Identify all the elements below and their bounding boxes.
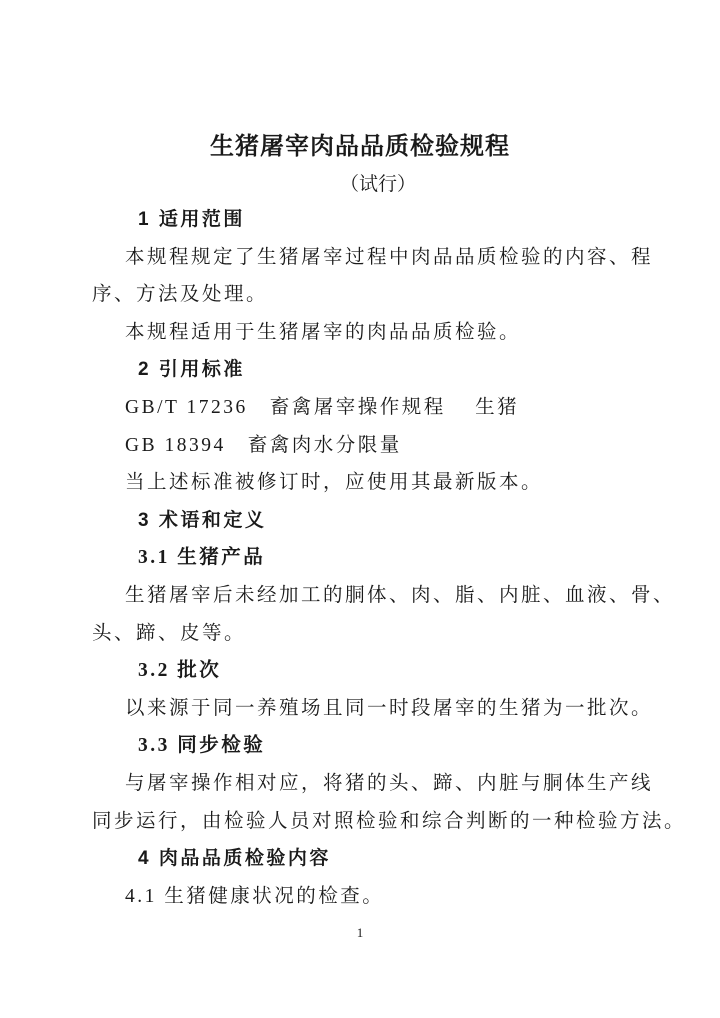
reference-standard-line: GB 18394 畜禽肉水分限量 bbox=[92, 427, 670, 465]
subsection-heading: 3.3 同步检验 bbox=[92, 727, 670, 765]
paragraph-line: 本规程规定了生猪屠宰过程中肉品品质检验的内容、程 bbox=[92, 239, 670, 277]
section-heading: 4 肉品品质检验内容 bbox=[92, 840, 670, 878]
document-title: 生猪屠宰肉品品质检验规程 bbox=[92, 125, 628, 169]
paragraph-line: 生猪屠宰后未经加工的胴体、肉、脂、内脏、血液、骨、 bbox=[92, 577, 670, 615]
paragraph-line: 头、蹄、皮等。 bbox=[92, 615, 670, 653]
paragraph-line: 本规程适用于生猪屠宰的肉品品质检验。 bbox=[92, 314, 670, 352]
subsection-heading: 3.2 批次 bbox=[92, 652, 670, 690]
paragraph-line: 与屠宰操作相对应，将猪的头、蹄、内脏与胴体生产线 bbox=[92, 765, 670, 803]
paragraph-line: 序、方法及处理。 bbox=[92, 276, 670, 314]
paragraph-line: 同步运行，由检验人员对照检验和综合判断的一种检验方法。 bbox=[92, 803, 670, 841]
page-number: 1 bbox=[92, 925, 628, 941]
section-heading: 2 引用标准 bbox=[92, 351, 670, 389]
document-page: 生猪屠宰肉品品质检验规程 （试行） 1 适用范围 本规程规定了生猪屠宰过程中肉品… bbox=[0, 0, 720, 1018]
section-heading: 1 适用范围 bbox=[92, 201, 670, 239]
paragraph-line: 以来源于同一养殖场且同一时段屠宰的生猪为一批次。 bbox=[92, 690, 670, 728]
paragraph-line: 当上述标准被修订时，应使用其最新版本。 bbox=[92, 464, 670, 502]
document-subtitle: （试行） bbox=[110, 169, 646, 201]
document-content: 生猪屠宰肉品品质检验规程 （试行） 1 适用范围 本规程规定了生猪屠宰过程中肉品… bbox=[0, 0, 720, 941]
paragraph-line: 4.1 生猪健康状况的检查。 bbox=[92, 878, 670, 916]
reference-standard-line: GB/T 17236 畜禽屠宰操作规程 生猪 bbox=[92, 389, 670, 427]
section-heading: 3 术语和定义 bbox=[92, 502, 670, 540]
subsection-heading: 3.1 生猪产品 bbox=[92, 539, 670, 577]
